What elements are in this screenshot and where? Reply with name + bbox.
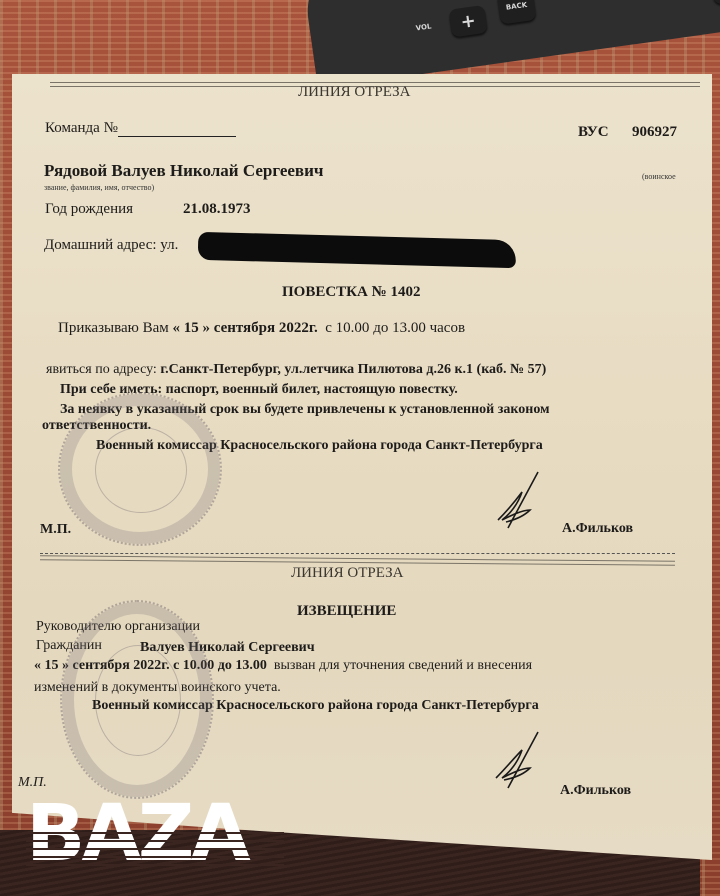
remote-mix-button: MIX <box>710 0 720 5</box>
dashed-cut-line <box>40 553 675 554</box>
name-caption: звание, фамилия, имя, отчество) <box>44 183 154 192</box>
birth-label: Год рождения <box>45 201 133 218</box>
notice-title: ИЗВЕЩЕНИЕ <box>297 603 396 620</box>
order-time-suffix: часов <box>430 320 465 336</box>
signer-bottom: А.Фильков <box>560 783 631 799</box>
remote-vol-label: VOL <box>404 13 443 42</box>
right-caption: (воинское <box>642 172 676 181</box>
notice-purpose-1: вызван для уточнения сведений и внесения <box>274 658 532 673</box>
order-time-to: до 13.00 <box>373 320 426 336</box>
order-time-from: с 10.00 <box>325 320 369 336</box>
seal-label-top: М.П. <box>40 522 71 538</box>
signature-top-icon <box>488 470 548 532</box>
official-stamp-bottom <box>60 600 214 799</box>
birth-date: 21.08.1973 <box>183 201 251 218</box>
address-label: Домашний адрес: ул. <box>44 237 178 254</box>
signature-bottom-icon <box>488 730 548 792</box>
order-line: Приказываю Вам « 15 » сентября 2022г. с … <box>58 320 465 337</box>
cut-line-label-top: ЛИНИЯ ОТРЕЗА <box>298 84 410 101</box>
appear-prefix: явиться по адресу: <box>46 362 157 377</box>
team-field: Команда № <box>45 120 236 137</box>
vus-label: ВУС <box>578 124 609 141</box>
remote-plus-button: + <box>448 5 488 38</box>
order-month-year: сентября 2022г. <box>214 320 318 336</box>
team-label: Команда № <box>45 120 118 136</box>
team-blank <box>118 122 236 137</box>
order-prefix: Приказываю Вам <box>58 320 169 336</box>
official-stamp-top <box>58 392 222 546</box>
vus-number: 906927 <box>632 124 677 141</box>
full-name: Рядовой Валуев Николай Сергеевич <box>44 161 324 181</box>
appear-line: явиться по адресу: г.Санкт-Петербург, ул… <box>46 362 546 378</box>
appear-address: г.Санкт-Петербург, ул.летчика Пилютова д… <box>160 362 546 377</box>
signer-top: А.Фильков <box>562 521 633 537</box>
order-day: « 15 » <box>173 320 211 336</box>
summons-title: ПОВЕСТКА № 1402 <box>282 284 420 301</box>
baza-watermark-stripes <box>26 826 284 866</box>
cut-line-label-middle: ЛИНИЯ ОТРЕЗА <box>291 565 403 582</box>
remote-back-button: BACK <box>497 0 537 25</box>
